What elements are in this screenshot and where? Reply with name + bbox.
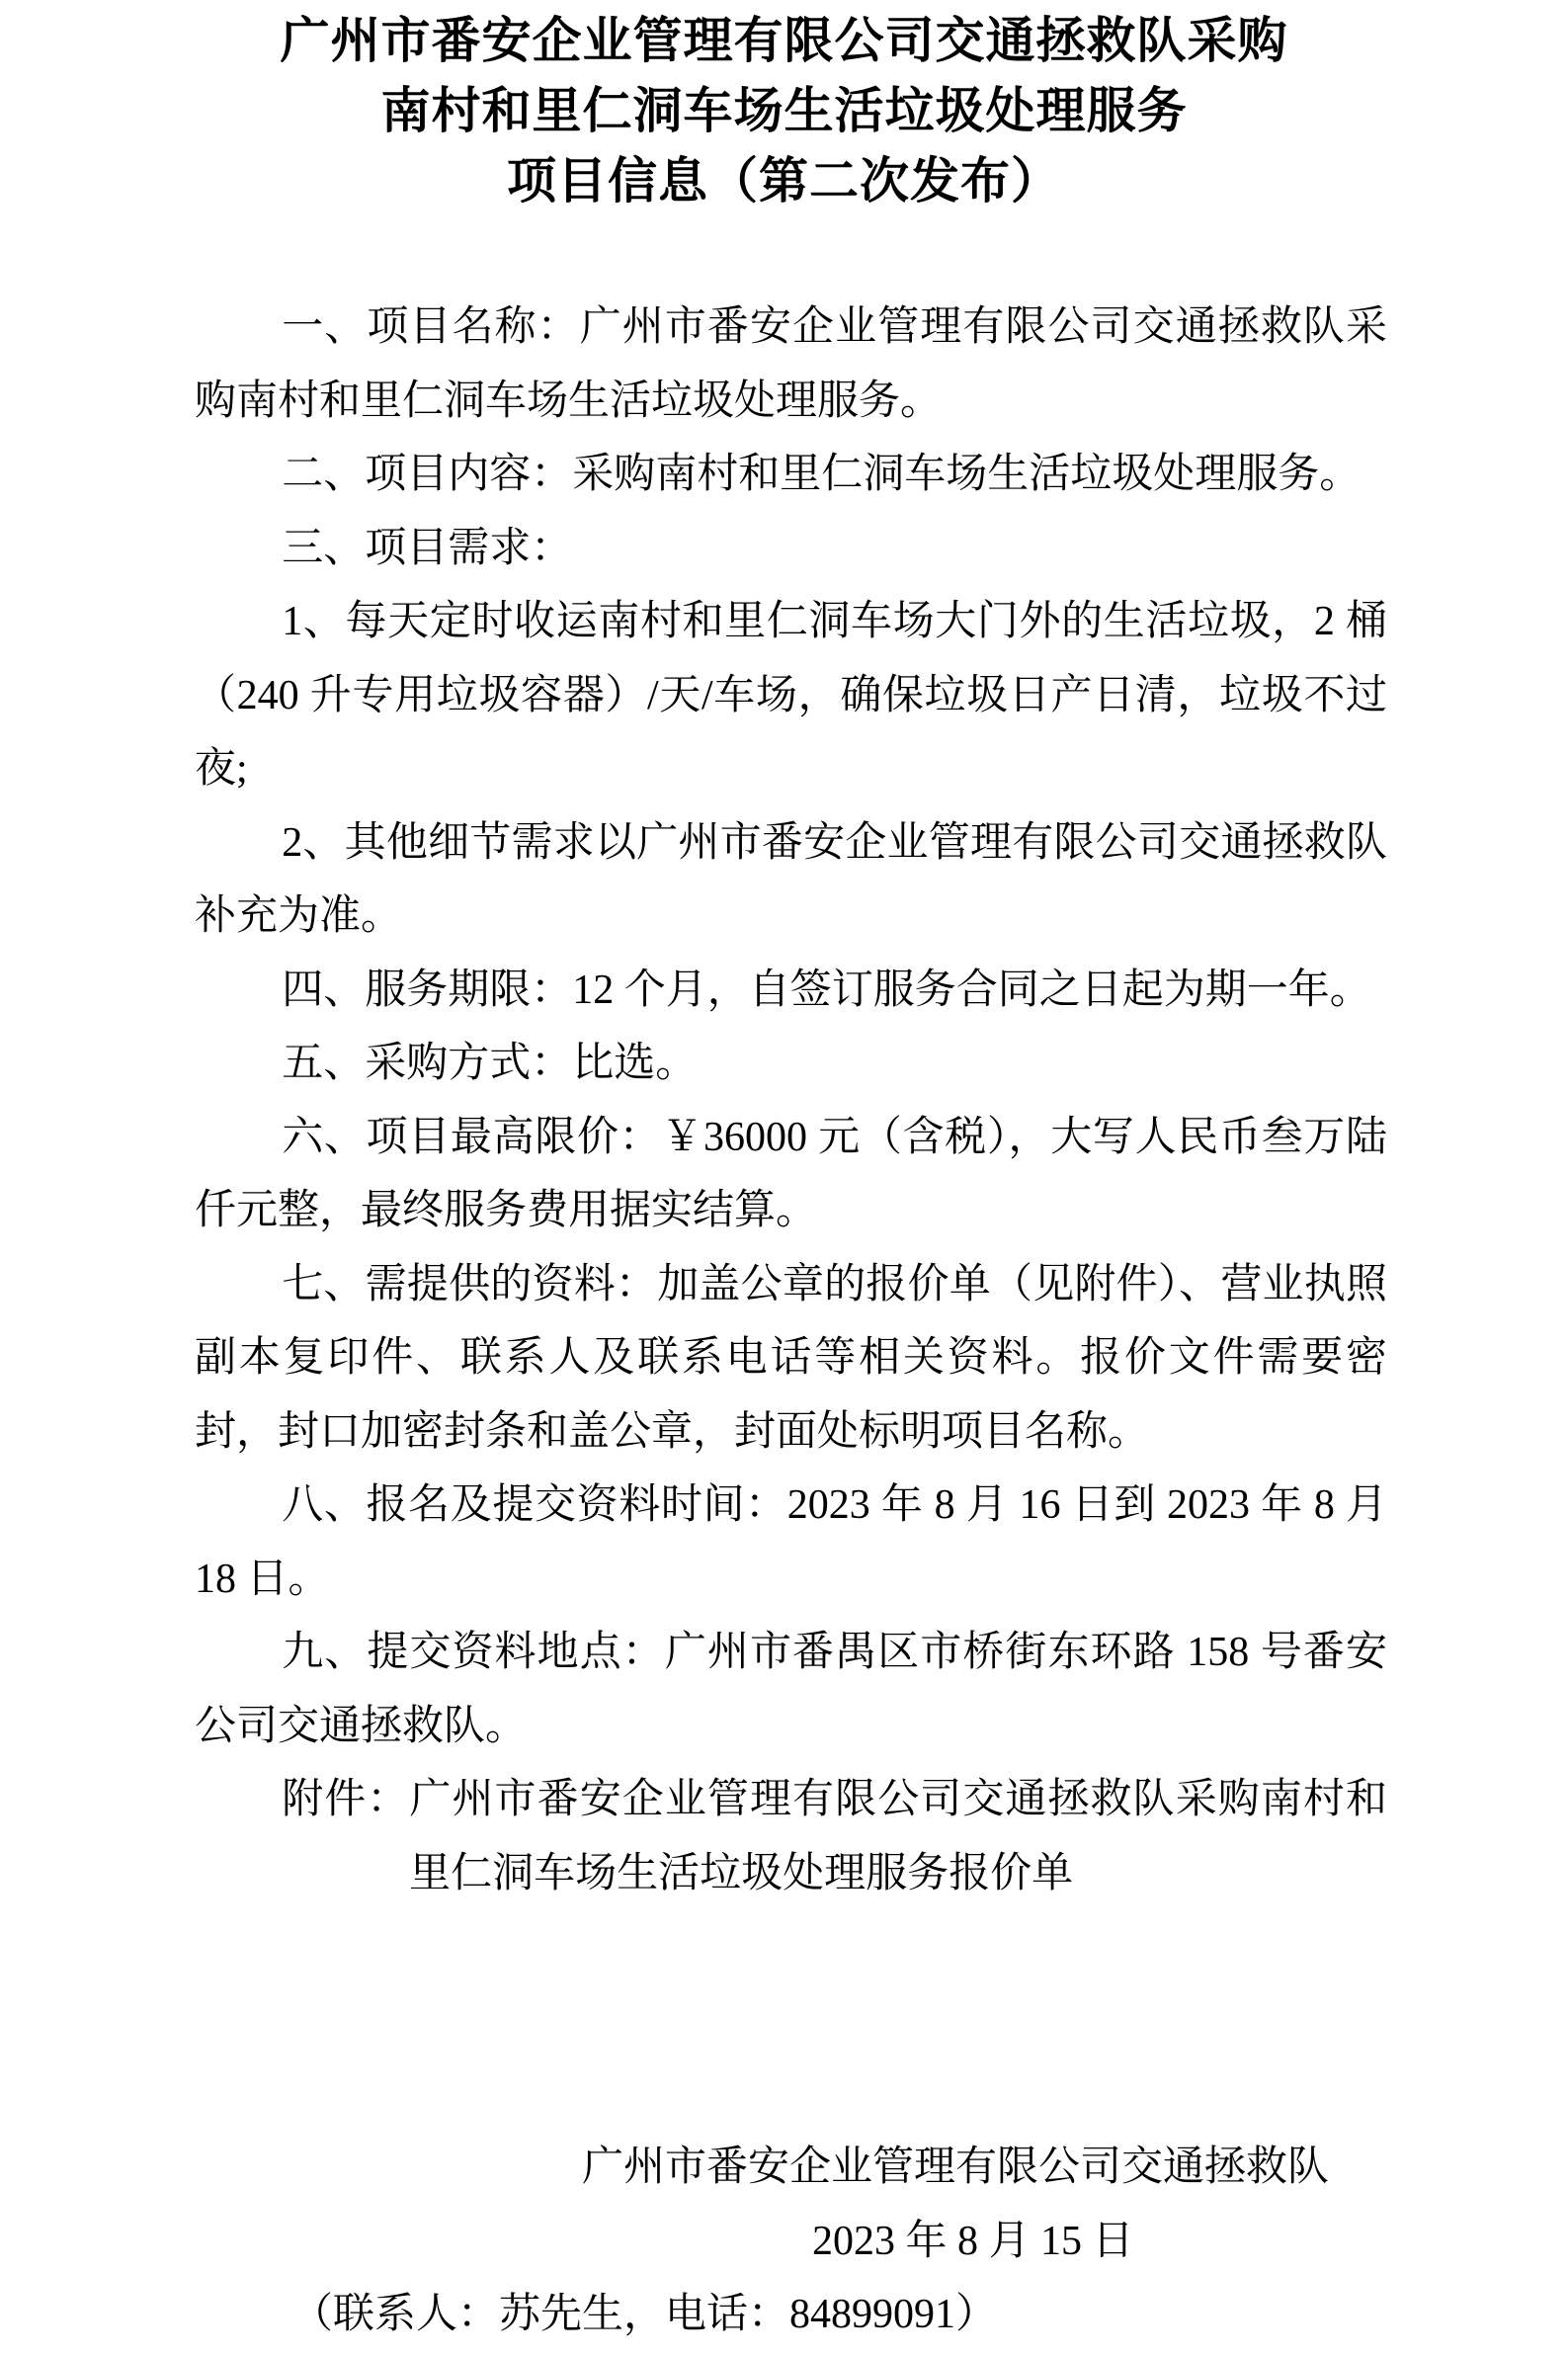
paragraph-project-content: 二、项目内容：采购南村和里仁洞车场生活垃圾处理服务。 xyxy=(195,438,1387,512)
signature-org: 广州市番安企业管理有限公司交通拯救队 xyxy=(582,2131,1387,2205)
signature-date: 2023 年 8 月 15 日 xyxy=(812,2205,1387,2279)
paragraph-required-materials: 七、需提供的资料：加盖公章的报价单（见附件）、营业执照副本复印件、联系人及联系电… xyxy=(195,1248,1387,1470)
document-body: 一、项目名称：广州市番安企业管理有限公司交通拯救队采购南村和里仁洞车场生活垃圾处… xyxy=(195,291,1387,1910)
signature-block: 广州市番安企业管理有限公司交通拯救队 2023 年 8 月 15 日 （联系人：… xyxy=(195,2131,1387,2352)
title-line-1: 广州市番安企业管理有限公司交通拯救队采购 xyxy=(0,6,1568,76)
paragraph-price-limit: 六、项目最高限价：￥36000 元（含税），大写人民币叁万陆仟元整，最终服务费用… xyxy=(195,1101,1387,1248)
paragraph-project-name: 一、项目名称：广州市番安企业管理有限公司交通拯救队采购南村和里仁洞车场生活垃圾处… xyxy=(195,291,1387,438)
paragraph-submission-time: 八、报名及提交资料时间：2023 年 8 月 16 日到 2023 年 8 月 … xyxy=(195,1469,1387,1616)
paragraph-submission-location: 九、提交资料地点：广州市番禺区市桥街东环路 158 号番安公司交通拯救队。 xyxy=(195,1616,1387,1763)
paragraph-requirement-2: 2、其他细节需求以广州市番安企业管理有限公司交通拯救队补充为准。 xyxy=(195,806,1387,954)
paragraph-attachment: 附件：广州市番安企业管理有限公司交通拯救队采购南村和里仁洞车场生活垃圾处理服务报… xyxy=(195,1763,1387,1910)
paragraph-procurement-method: 五、采购方式：比选。 xyxy=(195,1027,1387,1101)
paragraph-requirement-1: 1、每天定时收运南村和里仁洞车场大门外的生活垃圾，2 桶（240 升专用垃圾容器… xyxy=(195,585,1387,806)
title-line-3: 项目信息（第二次发布） xyxy=(0,146,1568,216)
title-line-2: 南村和里仁洞车场生活垃圾处理服务 xyxy=(0,76,1568,146)
document-title: 广州市番安企业管理有限公司交通拯救队采购 南村和里仁洞车场生活垃圾处理服务 项目… xyxy=(0,0,1568,216)
document-page: 广州市番安企业管理有限公司交通拯救队采购 南村和里仁洞车场生活垃圾处理服务 项目… xyxy=(0,0,1568,2356)
signature-contact: （联系人：苏先生，电话：84899091） xyxy=(291,2278,1387,2352)
paragraph-project-requirements: 三、项目需求： xyxy=(195,512,1387,586)
paragraph-service-term: 四、服务期限：12 个月，自签订服务合同之日起为期一年。 xyxy=(195,954,1387,1028)
